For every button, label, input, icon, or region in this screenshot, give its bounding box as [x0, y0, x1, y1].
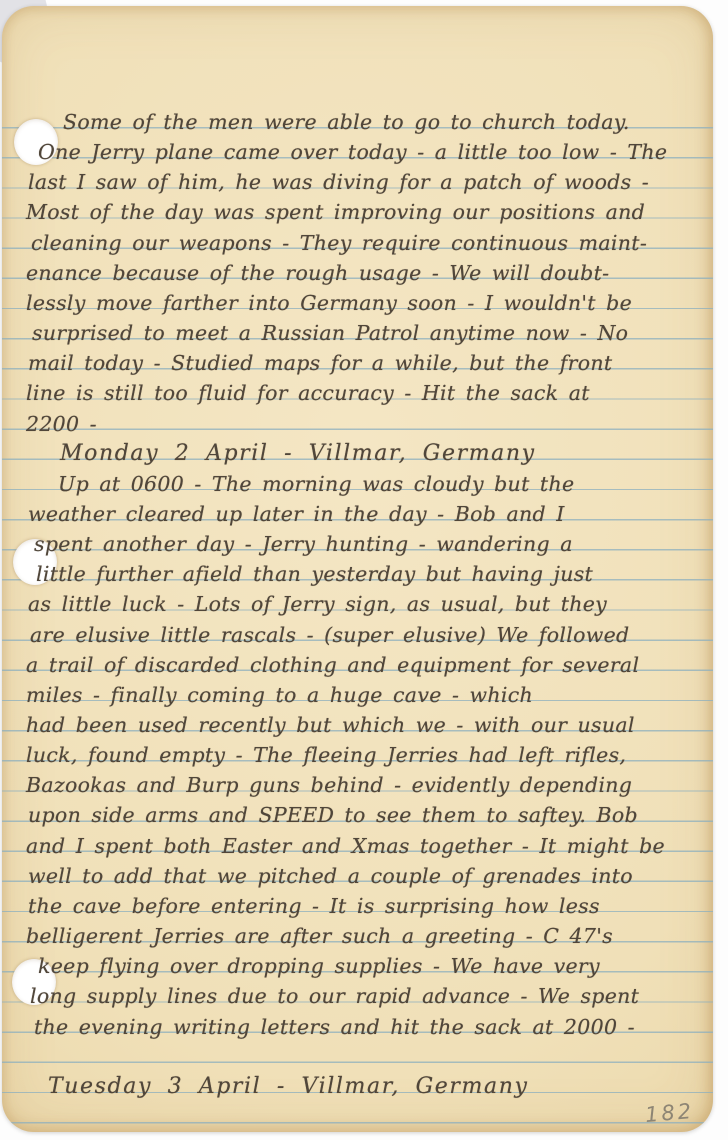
handwriting-line: a trail of discarded clothing and equipm… [26, 650, 639, 680]
handwriting-line: Some of the men were able to go to churc… [63, 107, 630, 137]
handwriting-line: and I spent both Easter and Xmas togethe… [26, 831, 665, 861]
handwriting-line: are elusive little rascals - (super elus… [30, 620, 629, 650]
handwriting-line: luck, found empty - The fleeing Jerries … [26, 740, 626, 770]
entry-heading: Tuesday 3 April - Villmar, Germany [48, 1072, 529, 1102]
handwriting-line: weather cleared up later in the day - Bo… [28, 499, 565, 529]
handwriting-line: line is still too fluid for accuracy - H… [26, 378, 590, 408]
handwriting-line: little further afield than yesterday but… [36, 559, 593, 589]
handwriting-line: 2200 - [26, 409, 97, 439]
handwriting-line: One Jerry plane came over today - a litt… [38, 137, 667, 167]
handwriting-line: the cave before entering - It is surpris… [28, 891, 600, 921]
entry-heading: Monday 2 April - Villmar, Germany [60, 439, 536, 469]
handwriting-line: keep flying over dropping supplies - We … [38, 951, 600, 981]
notebook-page: Some of the men were able to go to churc… [2, 6, 713, 1132]
handwriting-line: Most of the day was spent improving our … [26, 197, 645, 227]
handwriting-line: lessly move farther into Germany soon - … [26, 288, 632, 318]
handwriting-line: had been used recently but which we - wi… [26, 710, 635, 740]
handwriting-line: long supply lines due to our rapid advan… [30, 981, 639, 1011]
handwriting-line: enance because of the rough usage - We w… [26, 258, 609, 288]
handwriting-line: Up at 0600 - The morning was cloudy but … [58, 469, 574, 499]
handwriting-line: belligerent Jerries are after such a gre… [26, 921, 613, 951]
handwriting-line: as little luck - Lots of Jerry sign, as … [28, 589, 607, 619]
handwriting-text: Some of the men were able to go to churc… [26, 107, 713, 1132]
handwriting-line: last I saw of him, he was diving for a p… [28, 167, 649, 197]
handwriting-line: mail today - Studied maps for a while, b… [28, 348, 612, 378]
handwriting-line: surprised to meet a Russian Patrol anyti… [32, 318, 628, 348]
handwriting-line: well to add that we pitched a couple of … [28, 861, 633, 891]
handwriting-line: miles - finally coming to a huge cave - … [26, 680, 533, 710]
handwriting-line: spent another day - Jerry hunting - wand… [34, 529, 573, 559]
handwriting-line: upon side arms and SPEED to see them to … [28, 800, 638, 830]
scan-background: Some of the men were able to go to churc… [0, 0, 728, 1140]
handwriting-line: cleaning our weapons - They require cont… [31, 228, 647, 258]
handwriting-line: Bazookas and Burp guns behind - evidentl… [26, 770, 632, 800]
handwriting-line: the evening writing letters and hit the … [34, 1012, 635, 1042]
page-number: 182 [644, 1099, 695, 1127]
